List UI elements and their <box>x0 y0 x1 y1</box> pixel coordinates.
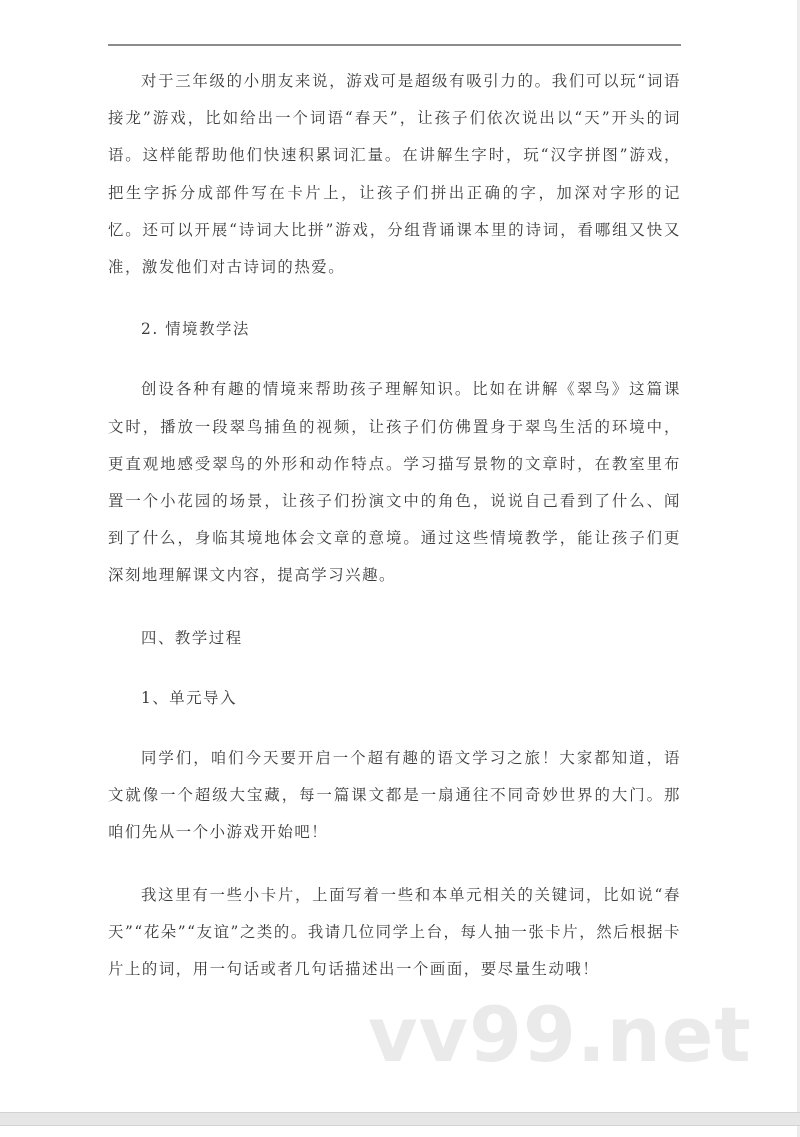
paragraph-games-method: 对于三年级的小朋友来说，游戏可是超级有吸引力的。我们可以玩“词语接龙”游戏，比如… <box>108 63 681 286</box>
page-separator <box>0 1112 800 1126</box>
paragraph-intro-body: 同学们，咱们今天要开启一个超有趣的语文学习之旅！大家都知道，语文就像一个超级大宝… <box>108 740 681 852</box>
header-rule <box>108 44 681 46</box>
watermark: vv99.net <box>368 990 752 1079</box>
heading-situation-teaching: 2. 情境教学法 <box>108 311 681 348</box>
paragraph-cards-body: 我这里有一些小卡片，上面写着一些和本单元相关的关键词，比如说“春天”“花朵”“友… <box>108 877 681 989</box>
heading-teaching-process: 四、教学过程 <box>108 620 681 657</box>
next-page-top <box>0 1126 797 1137</box>
page-content: 对于三年级的小朋友来说，游戏可是超级有吸引力的。我们可以玩“词语接龙”游戏，比如… <box>108 63 681 988</box>
document-page: 对于三年级的小朋友来说，游戏可是超级有吸引力的。我们可以玩“词语接龙”游戏，比如… <box>0 0 797 1112</box>
heading-unit-intro: 1、单元导入 <box>108 680 681 717</box>
paragraph-situation-body: 创设各种有趣的情境来帮助孩子理解知识。比如在讲解《翠鸟》这篇课文时，播放一段翠鸟… <box>108 371 681 594</box>
